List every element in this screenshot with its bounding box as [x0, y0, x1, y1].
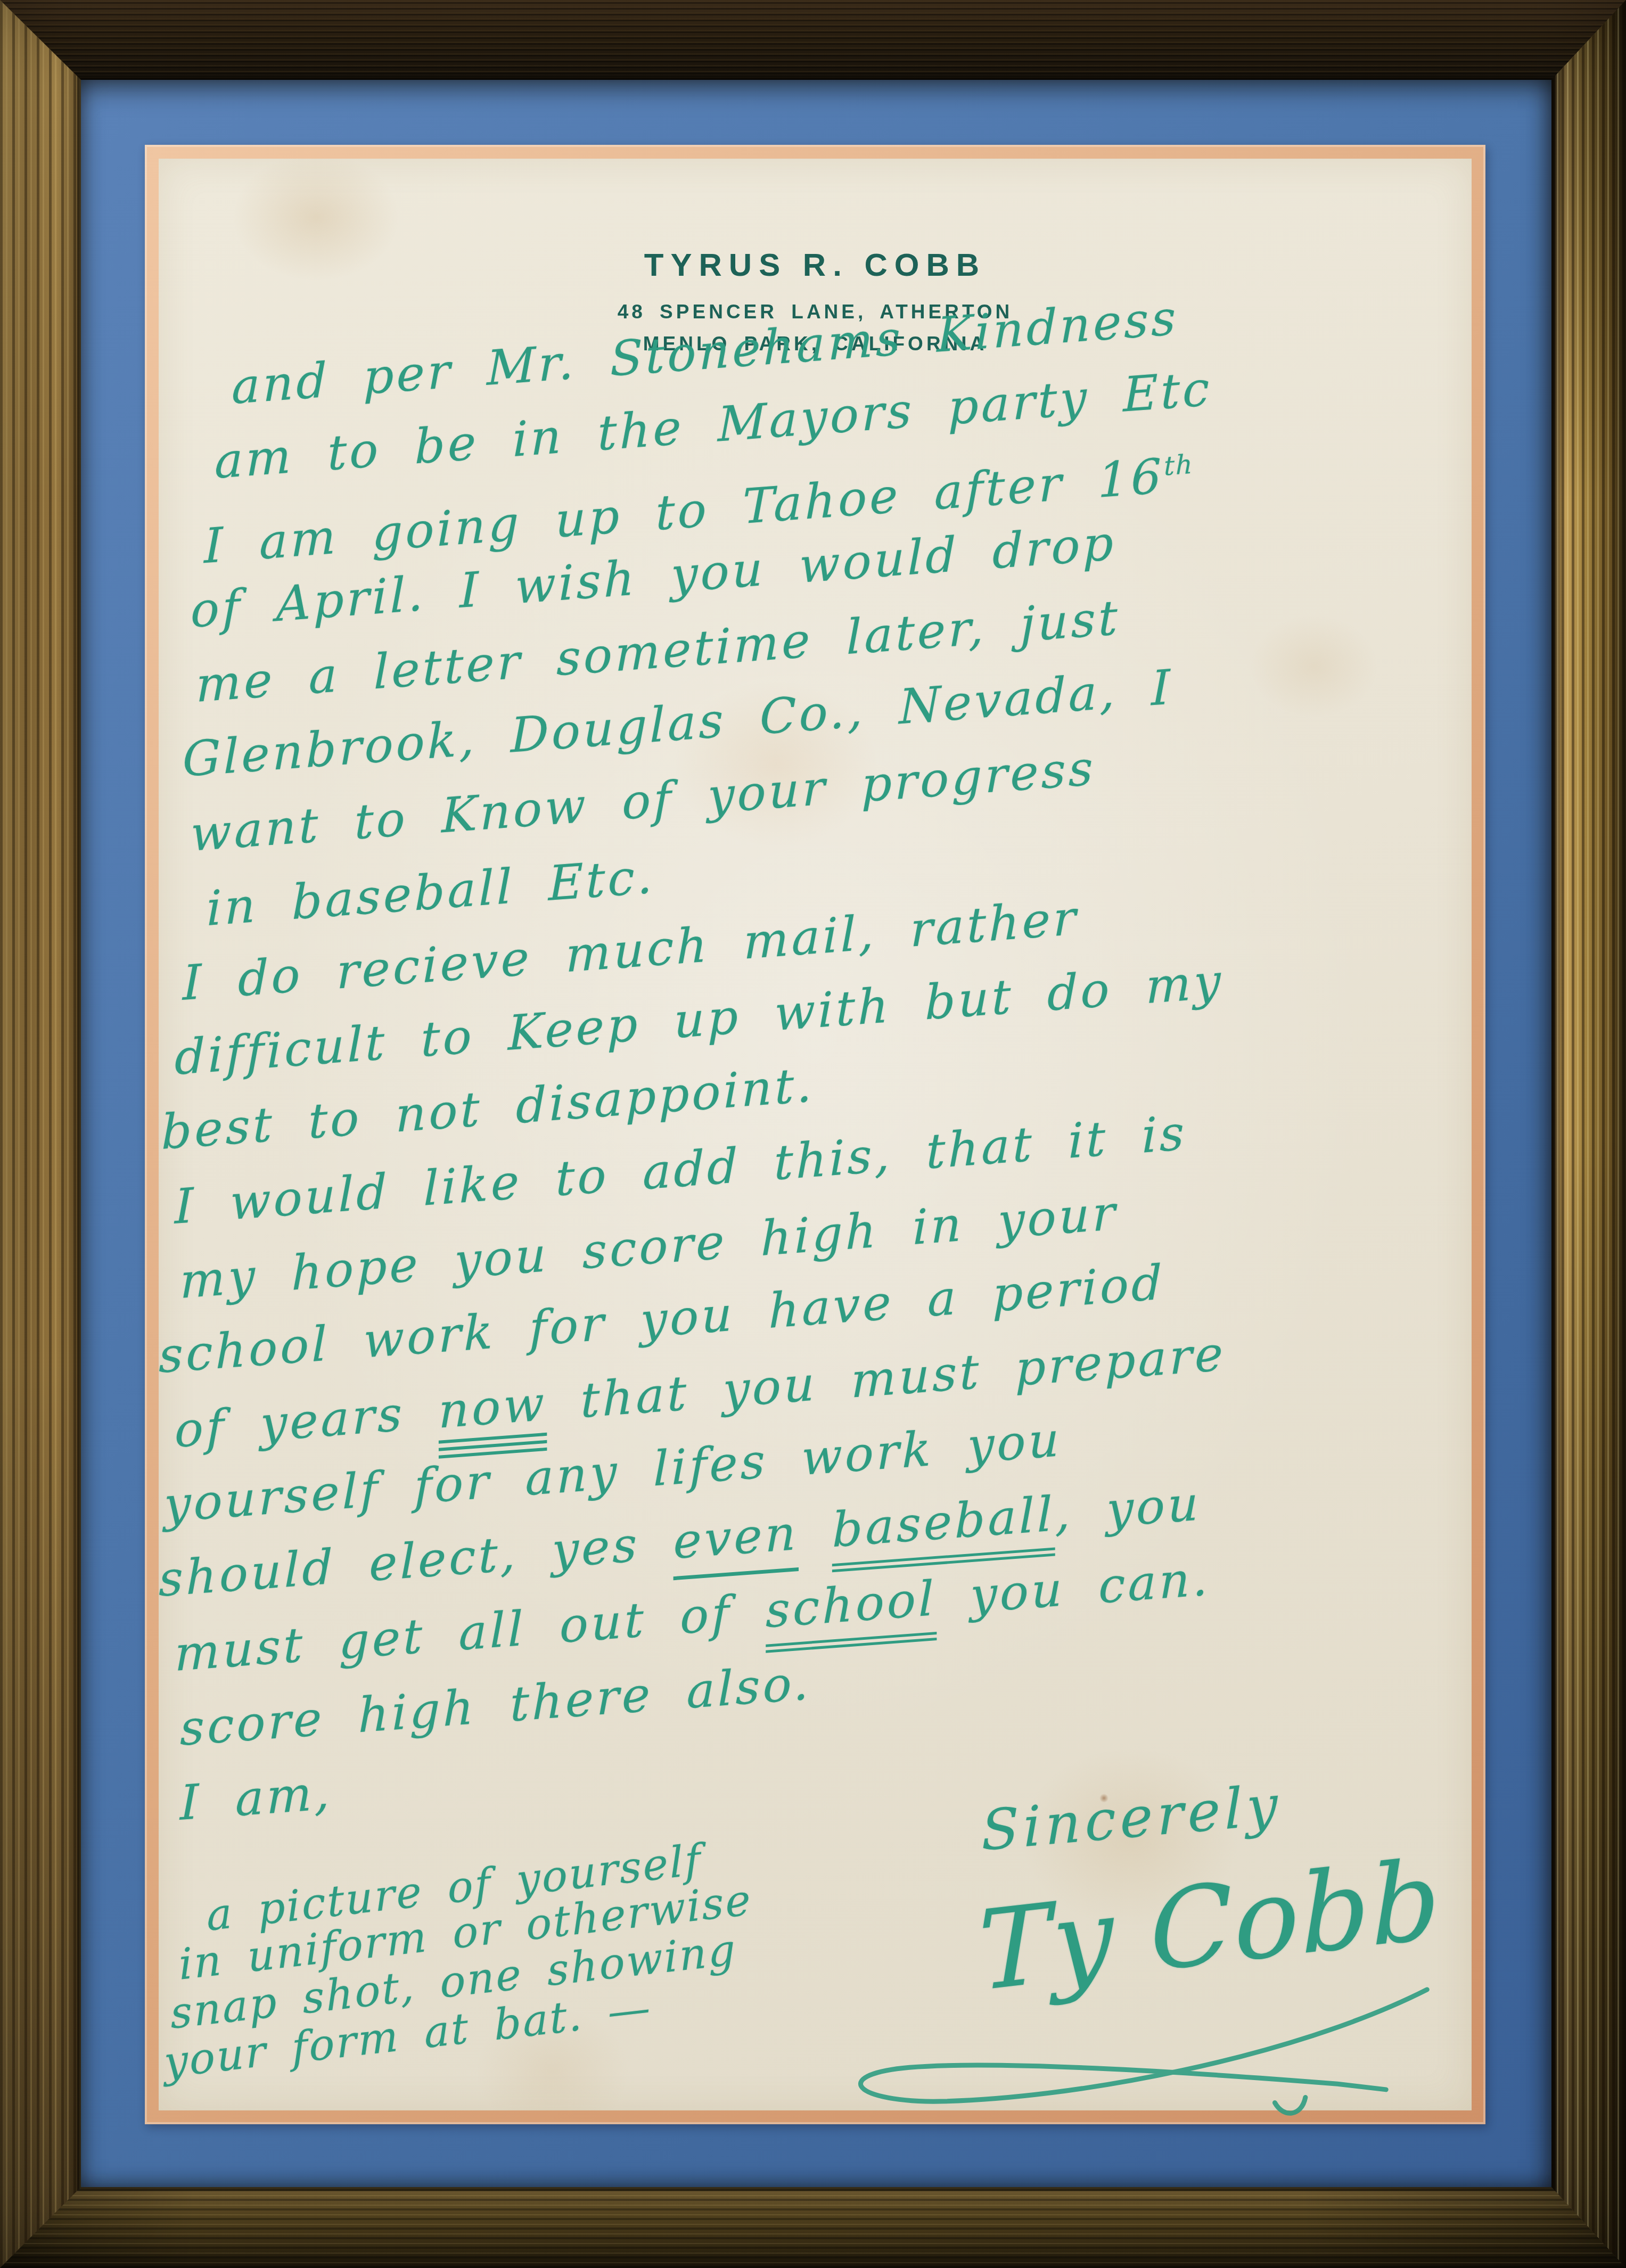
- frame-top: [0, 0, 1626, 80]
- text-segment: even: [674, 1505, 799, 1581]
- frame-left: [0, 0, 81, 2268]
- frame-right: [1551, 0, 1626, 2268]
- text-segment: [798, 1502, 832, 1561]
- frame-bottom: [0, 2187, 1626, 2268]
- letter-sheet: TYRUS R. COBB 48 SPENCER LANE, ATHERTON …: [159, 159, 1472, 2110]
- blue-mat: TYRUS R. COBB 48 SPENCER LANE, ATHERTON …: [81, 80, 1551, 2187]
- handwriting-lines: and per Mr. Stonehams Kindnessam to be i…: [164, 350, 1468, 1841]
- text-segment: , you: [1055, 1475, 1201, 1542]
- text-segment: of years: [175, 1383, 439, 1459]
- text-segment: you can.: [936, 1550, 1210, 1626]
- inner-mat-liner: TYRUS R. COBB 48 SPENCER LANE, ATHERTON …: [145, 145, 1485, 2124]
- signature-flourish: [767, 1966, 1467, 2152]
- framed-letter-photo: TYRUS R. COBB 48 SPENCER LANE, ATHERTON …: [0, 0, 1626, 2268]
- text-segment: I am,: [180, 1764, 332, 1831]
- postscript-lines: a picture of yourselfin uniform or other…: [164, 1892, 755, 2088]
- text-segment: th: [1164, 448, 1194, 481]
